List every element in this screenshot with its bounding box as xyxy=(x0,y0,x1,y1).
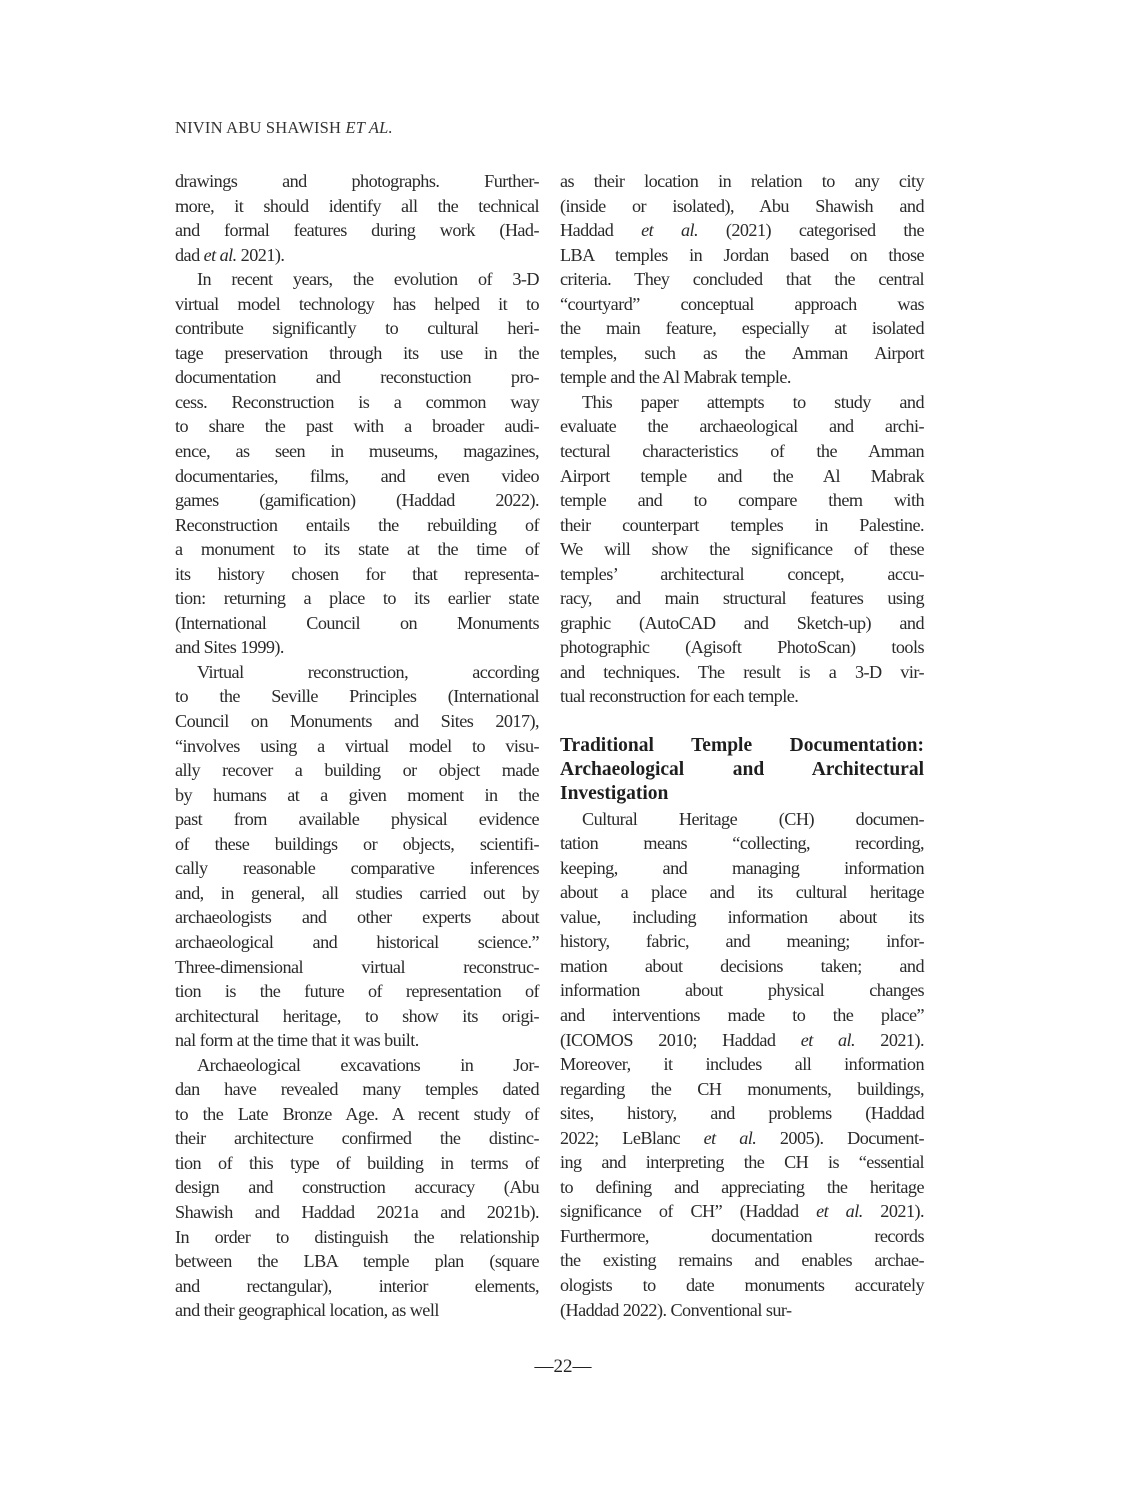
italic-citation: et al. xyxy=(816,1201,863,1221)
text-line: more, it should identify all the technic… xyxy=(175,194,539,219)
text-line: sites, history, and problems (Haddad xyxy=(560,1101,924,1126)
paragraph: as their location in relation to any cit… xyxy=(560,169,924,390)
text-line: the main feature, especially at isolated xyxy=(560,316,924,341)
text-line: Council on Monuments and Sites 2017), xyxy=(175,709,539,734)
text-line: to the Seville Principles (International xyxy=(175,684,539,709)
text-line: temple and the Al Mabrak temple. xyxy=(560,365,924,390)
text-line: Furthermore, documentation records xyxy=(560,1224,924,1249)
text-line: (International Council on Monuments xyxy=(175,611,539,636)
text-line: contribute significantly to cultural her… xyxy=(175,316,539,341)
running-head-author: NIVIN ABU SHAWISH xyxy=(175,118,341,137)
text-line: to share the past with a broader audi- xyxy=(175,414,539,439)
text-line: ing and interpreting the CH is “essentia… xyxy=(560,1150,924,1175)
running-head: NIVIN ABU SHAWISH ET AL. xyxy=(175,118,393,138)
text-line: architectural heritage, to show its orig… xyxy=(175,1004,539,1029)
text-line: to defining and appreciating the heritag… xyxy=(560,1175,924,1200)
text-line: criteria. They concluded that the centra… xyxy=(560,267,924,292)
text-line: documentation and reconstuction pro- xyxy=(175,365,539,390)
text-line: temple and to compare them with xyxy=(560,488,924,513)
text-line: 2022; LeBlanc et al. 2005). Document- xyxy=(560,1126,924,1151)
text-line: Moreover, it includes all information xyxy=(560,1052,924,1077)
text-line: ally recover a building or object made xyxy=(175,758,539,783)
text-line: of these buildings or objects, scientifi… xyxy=(175,832,539,857)
paragraph: This paper attempts to study andevaluate… xyxy=(560,390,924,709)
italic-citation: et al. xyxy=(801,1030,855,1050)
text-line: and, in general, all studies carried out… xyxy=(175,881,539,906)
section-heading-line: Archaeological and Architectural xyxy=(560,758,924,782)
text-line: (inside or isolated), Abu Shawish and xyxy=(560,194,924,219)
text-line: information about physical changes xyxy=(560,978,924,1003)
text-line: documentaries, films, and even video xyxy=(175,464,539,489)
section-heading-line: Investigation xyxy=(560,782,924,806)
text-line: and their geographical location, as well xyxy=(175,1298,539,1323)
section-spacer xyxy=(560,709,924,734)
text-line: Haddad et al. (2021) categorised the xyxy=(560,218,924,243)
text-line: Reconstruction entails the rebuilding of xyxy=(175,513,539,538)
text-line: their architecture confirmed the distinc… xyxy=(175,1126,539,1151)
running-head-etal: ET AL. xyxy=(346,118,393,137)
text-line: temples, such as the Amman Airport xyxy=(560,341,924,366)
text-line: significance of CH” (Haddad et al. 2021)… xyxy=(560,1199,924,1224)
text-line: regarding the CH monuments, buildings, xyxy=(560,1077,924,1102)
text-line: tation means “collecting, recording, xyxy=(560,831,924,856)
text-line: “courtyard” conceptual approach was xyxy=(560,292,924,317)
text-line: value, including information about its xyxy=(560,905,924,930)
text-line: tion is the future of representation of xyxy=(175,979,539,1004)
text-line: nal form at the time that it was built. xyxy=(175,1028,539,1053)
text-line: games (gamification) (Haddad 2022). xyxy=(175,488,539,513)
text-line: tectural characteristics of the Amman xyxy=(560,439,924,464)
italic-citation: et al. xyxy=(204,245,237,265)
text-line: design and construction accuracy (Abu xyxy=(175,1175,539,1200)
text-line: and rectangular), interior elements, xyxy=(175,1274,539,1299)
text-line: keeping, and managing information xyxy=(560,856,924,881)
section-heading-line: Traditional Temple Documentation: xyxy=(560,734,924,758)
paragraph: Virtual reconstruction, accordingto the … xyxy=(175,660,539,1053)
text-line: history, fabric, and meaning; infor- xyxy=(560,929,924,954)
left-column: drawings and photographs. Further-more, … xyxy=(175,169,539,1323)
text-line: tage preservation through its use in the xyxy=(175,341,539,366)
text-line: and techniques. The result is a 3-D vir- xyxy=(560,660,924,685)
text-line: Airport temple and the Al Mabrak xyxy=(560,464,924,489)
text-line: Cultural Heritage (CH) documen- xyxy=(560,807,924,832)
text-line: drawings and photographs. Further- xyxy=(175,169,539,194)
page-number: —22— xyxy=(0,1356,1126,1378)
text-line: the existing remains and enables archae- xyxy=(560,1248,924,1273)
text-line: their counterpart temples in Palestine. xyxy=(560,513,924,538)
text-line: and formal features during work (Had- xyxy=(175,218,539,243)
text-line: LBA temples in Jordan based on those xyxy=(560,243,924,268)
text-line: a monument to its state at the time of xyxy=(175,537,539,562)
text-line: We will show the significance of these xyxy=(560,537,924,562)
section-heading: Traditional Temple Documentation:Archaeo… xyxy=(560,734,924,807)
text-line: dan have revealed many temples dated xyxy=(175,1077,539,1102)
text-line: between the LBA temple plan (square xyxy=(175,1249,539,1274)
text-line: ologists to date monuments accurately xyxy=(560,1273,924,1298)
text-line: evaluate the archaeological and archi- xyxy=(560,414,924,439)
text-line: and interventions made to the place” xyxy=(560,1003,924,1028)
text-line: Virtual reconstruction, according xyxy=(175,660,539,685)
text-line: tion: returning a place to its earlier s… xyxy=(175,586,539,611)
italic-citation: et al. xyxy=(641,220,698,240)
text-line: Shawish and Haddad 2021a and 2021b). xyxy=(175,1200,539,1225)
text-line: photographic (Agisoft PhotoScan) tools xyxy=(560,635,924,660)
text-line: graphic (AutoCAD and Sketch-up) and xyxy=(560,611,924,636)
text-line: and Sites 1999). xyxy=(175,635,539,660)
text-line: ence, as seen in museums, magazines, xyxy=(175,439,539,464)
text-line: In order to distinguish the relationship xyxy=(175,1225,539,1250)
text-line: archaeologists and other experts about xyxy=(175,905,539,930)
text-line: (ICOMOS 2010; Haddad et al. 2021). xyxy=(560,1028,924,1053)
text-line: tual reconstruction for each temple. xyxy=(560,684,924,709)
text-line: virtual model technology has helped it t… xyxy=(175,292,539,317)
text-line: “involves using a virtual model to visu- xyxy=(175,734,539,759)
text-line: mation about decisions taken; and xyxy=(560,954,924,979)
text-line: (Haddad 2022). Conventional sur- xyxy=(560,1298,924,1323)
paragraph: drawings and photographs. Further-more, … xyxy=(175,169,539,267)
text-line: its history chosen for that representa- xyxy=(175,562,539,587)
italic-citation: et al. xyxy=(704,1128,757,1148)
text-line: dad et al. 2021). xyxy=(175,243,539,268)
text-line: This paper attempts to study and xyxy=(560,390,924,415)
right-column: as their location in relation to any cit… xyxy=(560,169,924,1322)
text-line: as their location in relation to any cit… xyxy=(560,169,924,194)
text-line: temples’ architectural concept, accu- xyxy=(560,562,924,587)
paragraph: Cultural Heritage (CH) documen-tation me… xyxy=(560,807,924,1322)
paragraph: Archaeological excavations in Jor-dan ha… xyxy=(175,1053,539,1323)
text-line: Archaeological excavations in Jor- xyxy=(175,1053,539,1078)
text-line: to the Late Bronze Age. A recent study o… xyxy=(175,1102,539,1127)
paragraph: In recent years, the evolution of 3-Dvir… xyxy=(175,267,539,660)
text-line: cally reasonable comparative inferences xyxy=(175,856,539,881)
text-line: In recent years, the evolution of 3-D xyxy=(175,267,539,292)
text-line: racy, and main structural features using xyxy=(560,586,924,611)
text-line: archaeological and historical science.” xyxy=(175,930,539,955)
text-line: by humans at a given moment in the xyxy=(175,783,539,808)
text-line: about a place and its cultural heritage xyxy=(560,880,924,905)
text-line: cess. Reconstruction is a common way xyxy=(175,390,539,415)
text-line: Three-dimensional virtual reconstruc- xyxy=(175,955,539,980)
text-line: past from available physical evidence xyxy=(175,807,539,832)
text-line: tion of this type of building in terms o… xyxy=(175,1151,539,1176)
